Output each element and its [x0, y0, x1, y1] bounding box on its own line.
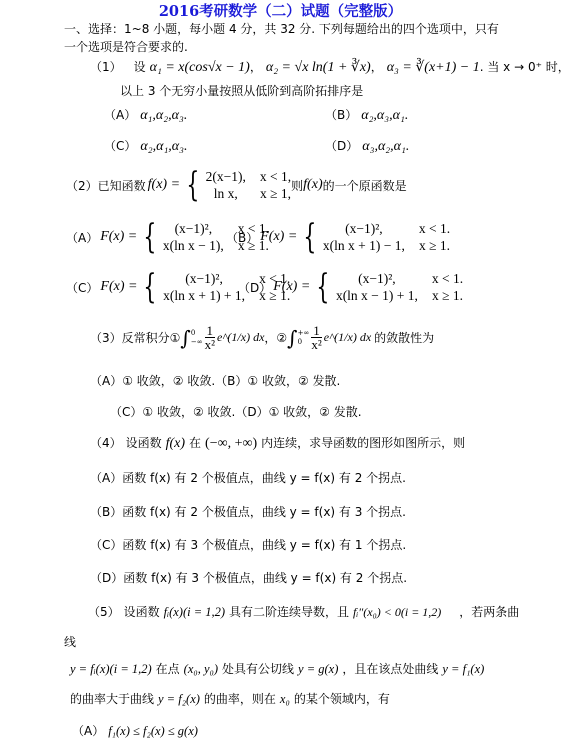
formula-interval: (−∞, +∞): [205, 436, 257, 451]
stem-text: ，若两条曲: [459, 605, 519, 619]
question-4-option-a[interactable]: （A）函数 f(x) 有 2 个极值点，曲线 y = f(x) 有 2 个拐点.: [90, 469, 406, 486]
formula-fx: f(x) =: [148, 177, 180, 193]
question-4-stem: （4） 设函数 f(x) 在 (−∞, +∞) 内连续，求导函数的图形如图所示，…: [90, 434, 465, 452]
stem-text: 已知函数: [98, 177, 146, 194]
option-text: α₁,α₂,α₃.: [140, 108, 187, 123]
stem-text: 的曲率大于曲线: [70, 692, 154, 706]
document-title: 2016考研数学（二）试题（完整版）: [0, 0, 561, 21]
stem-text: 在: [189, 436, 201, 450]
formula-tangent: y = g(x): [298, 662, 338, 676]
stem-text: 设函数: [126, 436, 162, 450]
question-1-line2: 以上 3 个无穷小量按照从低阶到高阶拓排序是: [120, 82, 363, 99]
question-1-option-d[interactable]: （D） α₃,α₂,α₁.: [325, 137, 409, 155]
integral-sign-icon: ∫: [287, 326, 297, 350]
question-3-stem: （3） 反常积分① ∫ 0−∞ 1x² e^(1/x) dx ，② ∫ +∞0 …: [90, 324, 434, 351]
formula-Fx: F(x) =: [273, 279, 310, 295]
question-4-option-b[interactable]: （B）函数 f(x) 有 2 个极值点，曲线 y = f(x) 有 3 个拐点.: [90, 503, 406, 520]
stem-text: 的敛散性为: [374, 329, 434, 346]
question-5-line4: 的曲率大于曲线 y = f₂(x) 的曲率，则在 x₀ 的某个领域内，有: [70, 690, 390, 707]
option-label: （B）: [325, 108, 357, 122]
question-4-option-c[interactable]: （C）函数 f(x) 有 3 个极值点，曲线 y = f(x) 有 1 个拐点.: [90, 536, 406, 553]
stem-text: 具有二阶连续导数，且: [229, 605, 349, 619]
question-number: （4）: [90, 436, 122, 450]
fraction: 1x²: [205, 324, 216, 351]
stem-text: 反常积分①: [122, 329, 181, 346]
formula-curve: y = fᵢ(x)(i = 1,2): [70, 662, 152, 676]
formula-fx: f(x): [303, 177, 322, 193]
question-5-line2: 线: [64, 633, 76, 650]
option-label: （D）: [238, 279, 271, 296]
stem-text: 内连续，求导函数的图形如图所示，则: [261, 436, 465, 450]
formula-alpha2: α₂ = √x ln(1 + ∛x): [266, 60, 371, 75]
question-number: （1）: [90, 60, 122, 74]
question-5-line1: （5） 设函数 fᵢ(x)(i = 1,2) 具有二阶连续导数，且 fᵢ″(x₀…: [88, 603, 519, 620]
question-2-stem: （2） 已知函数 f(x) = { 2(x−1),x < 1, ln x,x ≥…: [66, 168, 407, 202]
section-intro-line1: 一、选择：1~8 小题，每小题 4 分，共 32 分. 下列每题给出的四个选项中…: [64, 20, 499, 37]
integral-sign-icon: ∫: [180, 326, 190, 350]
stem-text: 处具有公切线: [222, 662, 294, 676]
stem-text: ，且在该点处曲线: [342, 662, 438, 676]
question-1-option-a[interactable]: （A） α₁,α₂,α₃.: [104, 106, 187, 124]
question-2-option-d[interactable]: （D） F(x) = { (x−1)²,x < 1.x(ln x − 1) + …: [238, 270, 463, 304]
formula-x0: x₀: [280, 692, 290, 706]
piecewise-definition: { 2(x−1),x < 1, ln x,x ≥ 1,: [182, 168, 291, 202]
question-1-option-c[interactable]: （C） α₂,α₁,α₃.: [104, 137, 188, 155]
stem-text: 在点: [156, 662, 180, 676]
option-label: （A）: [72, 724, 104, 738]
formula-alpha1: α₁ = x(cos√x − 1): [150, 60, 250, 75]
integrand: e^(1/x) dx: [324, 330, 371, 345]
formula-Fx: F(x) =: [100, 229, 137, 245]
question-number: （3）: [90, 329, 122, 346]
formula-alpha3: α₃ = ∛(x+1) − 1: [387, 60, 480, 75]
piecewise-definition: { (x−1)²,x < 1.x(ln x − 1) + 1,x ≥ 1.: [312, 270, 463, 304]
formula-Fx: F(x) =: [260, 229, 297, 245]
fraction: 1x²: [311, 324, 322, 351]
stem-text: ，②: [264, 329, 287, 346]
option-label: （A）: [66, 229, 98, 246]
formula-Fx: F(x) =: [100, 279, 137, 295]
question-2-option-b[interactable]: （B） F(x) = { (x−1)²,x < 1.x(ln x + 1) − …: [226, 220, 450, 254]
stem-text: 的一个原函数是: [323, 177, 407, 194]
question-4-option-d[interactable]: （D）函数 f(x) 有 3 个极值点，曲线 y = f(x) 有 2 个拐点.: [90, 569, 407, 586]
formula-fx: f(x): [166, 436, 185, 451]
formula-condition: fᵢ″(x₀) < 0(i = 1,2): [353, 605, 441, 619]
stem-text: 的某个领域内，有: [294, 692, 390, 706]
stem-text: 设函数: [124, 605, 160, 619]
question-number: （5）: [88, 605, 120, 619]
formula-curve-f1: y = f₁(x): [442, 662, 484, 676]
option-label: （A）: [104, 108, 136, 122]
stem-suffix: . 当 x → 0⁺ 时，: [480, 60, 561, 74]
option-text: f₁(x) ≤ f₂(x) ≤ g(x): [108, 724, 198, 738]
section-intro-line2: 一个选项是符合要求的.: [64, 38, 188, 55]
question-3-options-row1[interactable]: （A）① 收敛，② 收敛.（B）① 收敛，② 发散.: [90, 372, 340, 389]
stem-text: 则: [291, 177, 303, 194]
integrand: e^(1/x) dx: [217, 330, 264, 345]
option-label: （C）: [66, 279, 98, 296]
formula-point: (x₀, y₀): [184, 662, 218, 676]
stem-text: 的曲率，则在: [204, 692, 276, 706]
question-3-options-row2[interactable]: （C）① 收敛，② 收敛.（D）① 收敛，② 发散.: [110, 403, 362, 420]
question-1-option-b[interactable]: （B） α₂,α₃,α₁.: [325, 106, 408, 124]
question-1-stem: （1） 设 α₁ = x(cos√x − 1)， α₂ = √x ln(1 + …: [90, 58, 561, 76]
option-text: α₂,α₁,α₃.: [140, 139, 187, 154]
option-text: α₃,α₂,α₁.: [362, 139, 409, 154]
option-text: α₂,α₃,α₁.: [361, 108, 408, 123]
piecewise-definition: { (x−1)²,x < 1.x(ln x + 1) − 1,x ≥ 1.: [299, 220, 450, 254]
question-5-option-a[interactable]: （A） f₁(x) ≤ f₂(x) ≤ g(x): [72, 722, 198, 739]
formula-curve-f2: y = f₂(x): [158, 692, 200, 706]
question-5-line3: y = fᵢ(x)(i = 1,2) 在点 (x₀, y₀) 处具有公切线 y …: [70, 660, 484, 677]
option-label: （C）: [104, 139, 136, 153]
option-label: （D）: [325, 139, 358, 153]
option-label: （B）: [226, 229, 258, 246]
formula-fi: fᵢ(x)(i = 1,2): [164, 605, 225, 619]
stem-text: 设: [134, 60, 146, 74]
question-number: （2）: [66, 177, 98, 194]
